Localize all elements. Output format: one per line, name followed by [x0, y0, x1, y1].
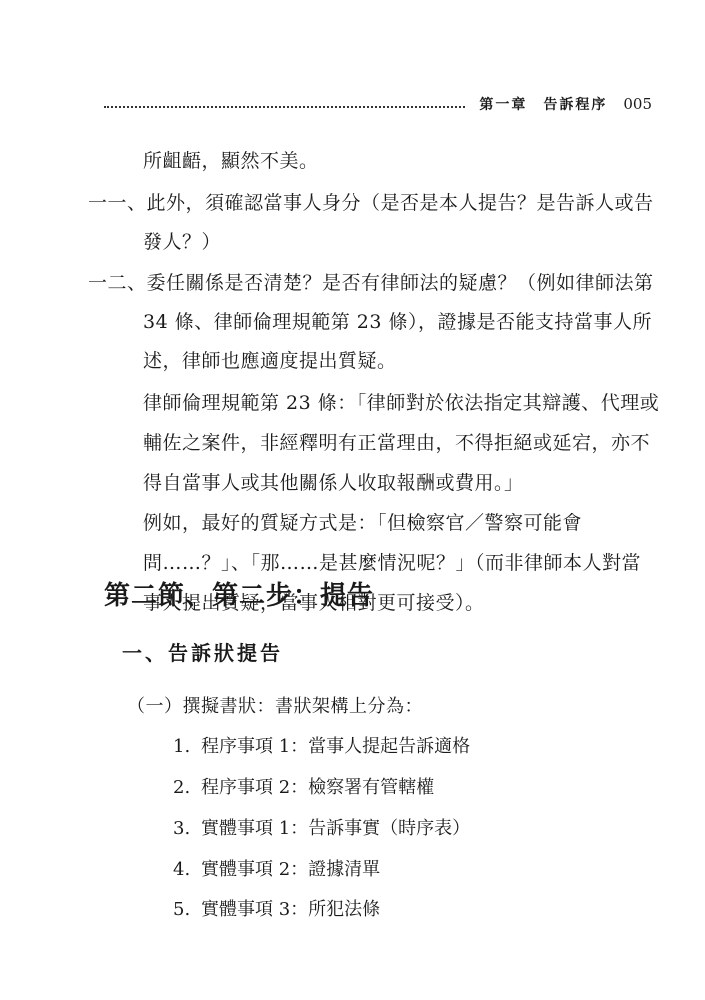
list-number: 5.	[173, 899, 201, 920]
page-number: 005	[623, 95, 652, 113]
section-title: 第二節、第二步：提告	[104, 575, 374, 612]
list-number: 2.	[173, 777, 201, 798]
list-text: 實體事項 2：證據清單	[201, 859, 380, 880]
subsection-intro: （一）撰擬書狀：書狀架構上分為：	[127, 692, 423, 718]
subsection-title: 一、告訴狀提告	[122, 637, 283, 666]
list-item: 1.程序事項 1：當事人提起告訴適格	[173, 732, 470, 758]
body-line: 所齟齬，顯然不美。	[143, 146, 319, 173]
body-line: 34 條、律師倫理規範第 23 條），證據是否能支持當事人所	[143, 307, 652, 334]
list-item: 5.實體事項 3：所犯法條	[173, 895, 380, 921]
list-text: 實體事項 1：告訴事實（時序表）	[201, 818, 470, 839]
list-number: 1.	[173, 736, 201, 757]
list-item-12: 一二、委任關係是否清楚？是否有律師法的疑慮？（例如律師法第	[88, 268, 654, 295]
list-item: 2.程序事項 2：檢察署有管轄權	[173, 773, 434, 799]
list-text: 實體事項 3：所犯法條	[201, 899, 380, 920]
chapter-title: 第一章 告訴程序	[479, 94, 607, 114]
list-number: 4.	[173, 859, 201, 880]
list-item: 4.實體事項 2：證據清單	[173, 855, 380, 881]
list-item: 3.實體事項 1：告訴事實（時序表）	[173, 814, 470, 840]
body-line: 發人？）	[143, 227, 221, 254]
body-line: 述，律師也應適度提出質疑。	[143, 346, 397, 373]
list-number: 3.	[173, 818, 201, 839]
list-text: 程序事項 2：檢察署有管轄權	[201, 777, 434, 798]
list-item-11: 一一、此外，須確認當事人身分（是否是本人提告？是告訴人或告	[88, 188, 654, 215]
list-text: 程序事項 1：當事人提起告訴適格	[201, 736, 470, 757]
body-line: 問……？」、「那……是甚麼情況呢？」（而非律師本人對當	[143, 548, 641, 575]
quote-line: 輔佐之案件，非經釋明有正當理由，不得拒絕或延宕，亦不	[143, 428, 650, 455]
quote-line: 律師倫理規範第 23 條：「律師對於依法指定其辯護、代理或	[143, 388, 659, 415]
quote-line: 得自當事人或其他關係人收取報酬或費用。」	[143, 468, 524, 495]
dotted-rule	[104, 106, 465, 108]
body-line: 例如，最好的質疑方式是：「但檢察官／警察可能會	[143, 508, 582, 535]
running-header: 第一章 告訴程序 005	[104, 92, 652, 116]
